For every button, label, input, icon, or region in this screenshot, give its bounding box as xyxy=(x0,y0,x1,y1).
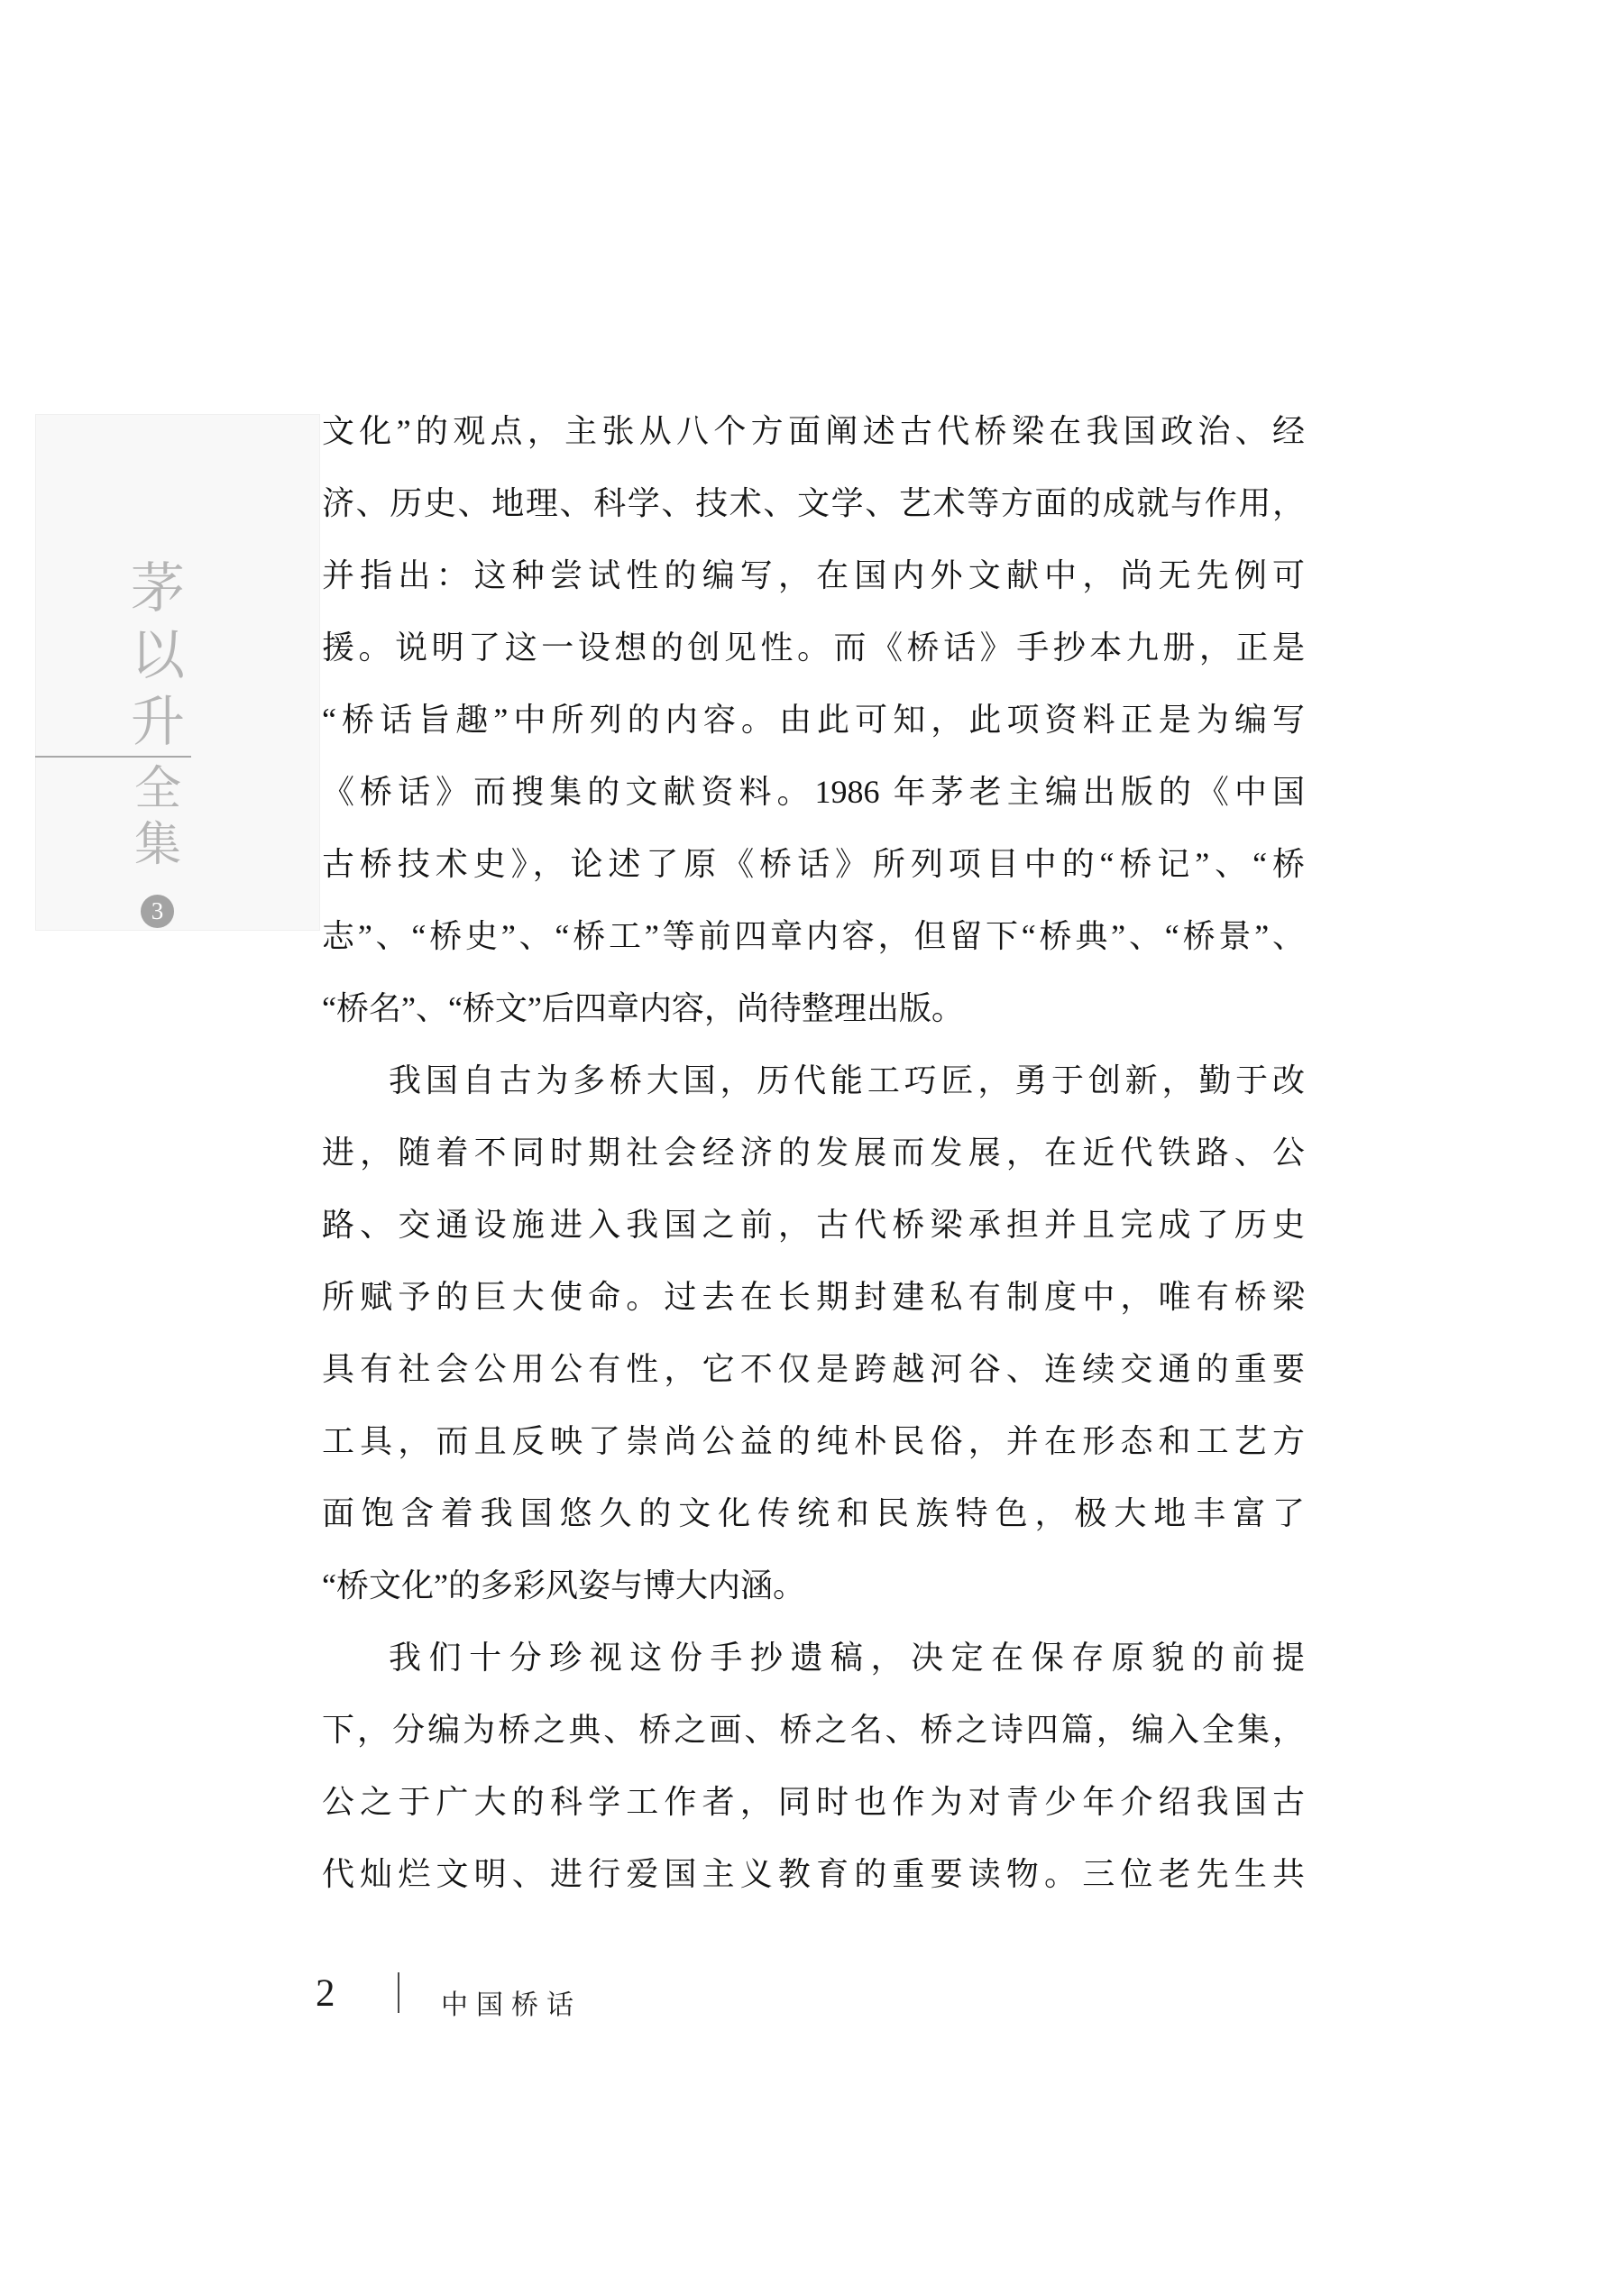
body-line: 具有社会公用公有性，它不仅是跨越河谷、连续交通的重要 xyxy=(322,1333,1305,1405)
series-subtitle-char: 集 xyxy=(129,818,187,874)
body-line: 《桥话》而搜集的文献资料。1986 年茅老主编出版的《中国 xyxy=(322,756,1305,828)
body-line: 所赋予的巨大使命。过去在长期封建私有制度中，唯有桥梁 xyxy=(322,1261,1305,1333)
body-line: “桥话旨趣”中所列的内容。由此可知，此项资料正是为编写 xyxy=(322,684,1305,756)
body-line: 济、历史、地理、科学、技术、文学、艺术等方面的成就与作用， xyxy=(322,467,1305,539)
body-line: 并指出：这种尝试性的编写，在国内外文献中，尚无先例可 xyxy=(322,539,1305,611)
series-title-char: 升 xyxy=(129,689,187,756)
series-title-char: 茅 xyxy=(129,556,187,622)
book-page: 茅以升 全集 3 文化”的观点，主张从八个方面阐述古代桥梁在我国政治、经济、历史… xyxy=(0,0,1624,2279)
body-line: 公之于广大的科学工作者，同时也作为对青少年介绍我国古 xyxy=(322,1766,1305,1838)
body-line: 古桥技术史》，论述了原《桥话》所列项目中的“桥记”、“桥 xyxy=(322,828,1305,900)
body-line: 下，分编为桥之典、桥之画、桥之名、桥之诗四篇，编入全集， xyxy=(322,1694,1305,1766)
series-divider xyxy=(35,756,191,758)
body-line: 文化”的观点，主张从八个方面阐述古代桥梁在我国政治、经 xyxy=(322,395,1305,467)
body-line: 面饱含着我国悠久的文化传统和民族特色，极大地丰富了 xyxy=(322,1477,1305,1549)
body-line: “桥名”、“桥文”后四章内容，尚待整理出版。 xyxy=(322,972,1305,1044)
page-number: 2 xyxy=(316,1971,335,2016)
body-line: 进，随着不同时期社会经济的发展而发展，在近代铁路、公 xyxy=(322,1117,1305,1189)
body-line: 我们十分珍视这份手抄遗稿，决定在保存原貌的前提 xyxy=(322,1622,1305,1694)
series-title-char: 以 xyxy=(129,622,187,689)
series-title: 茅以升 xyxy=(129,556,187,756)
volume-number: 3 xyxy=(141,895,174,928)
body-line: 路、交通设施进入我国之前，古代桥梁承担并且完成了历史 xyxy=(322,1189,1305,1261)
body-line: 援。说明了这一设想的创见性。而《桥话》手抄本九册，正是 xyxy=(322,611,1305,684)
body-line: 代灿烂文明、进行爱国主义教育的重要读物。三位老先生共 xyxy=(322,1838,1305,1910)
volume-badge: 3 xyxy=(141,895,174,928)
body-line: 我国自古为多桥大国，历代能工巧匠，勇于创新，勤于改 xyxy=(322,1044,1305,1117)
body-line: 志”、“桥史”、“桥工”等前四章内容，但留下“桥典”、“桥景”、 xyxy=(322,900,1305,972)
footer-divider xyxy=(398,1972,399,2013)
series-subtitle: 全集 xyxy=(129,762,187,874)
body-text: 文化”的观点，主张从八个方面阐述古代桥梁在我国政治、经济、历史、地理、科学、技术… xyxy=(322,395,1305,1910)
series-subtitle-char: 全 xyxy=(129,762,187,818)
body-line: “桥文化”的多彩风姿与博大内涵。 xyxy=(322,1549,1305,1622)
body-line: 工具，而且反映了崇尚公益的纯朴民俗，并在形态和工艺方 xyxy=(322,1405,1305,1477)
book-title: 中国桥话 xyxy=(441,1982,582,2022)
